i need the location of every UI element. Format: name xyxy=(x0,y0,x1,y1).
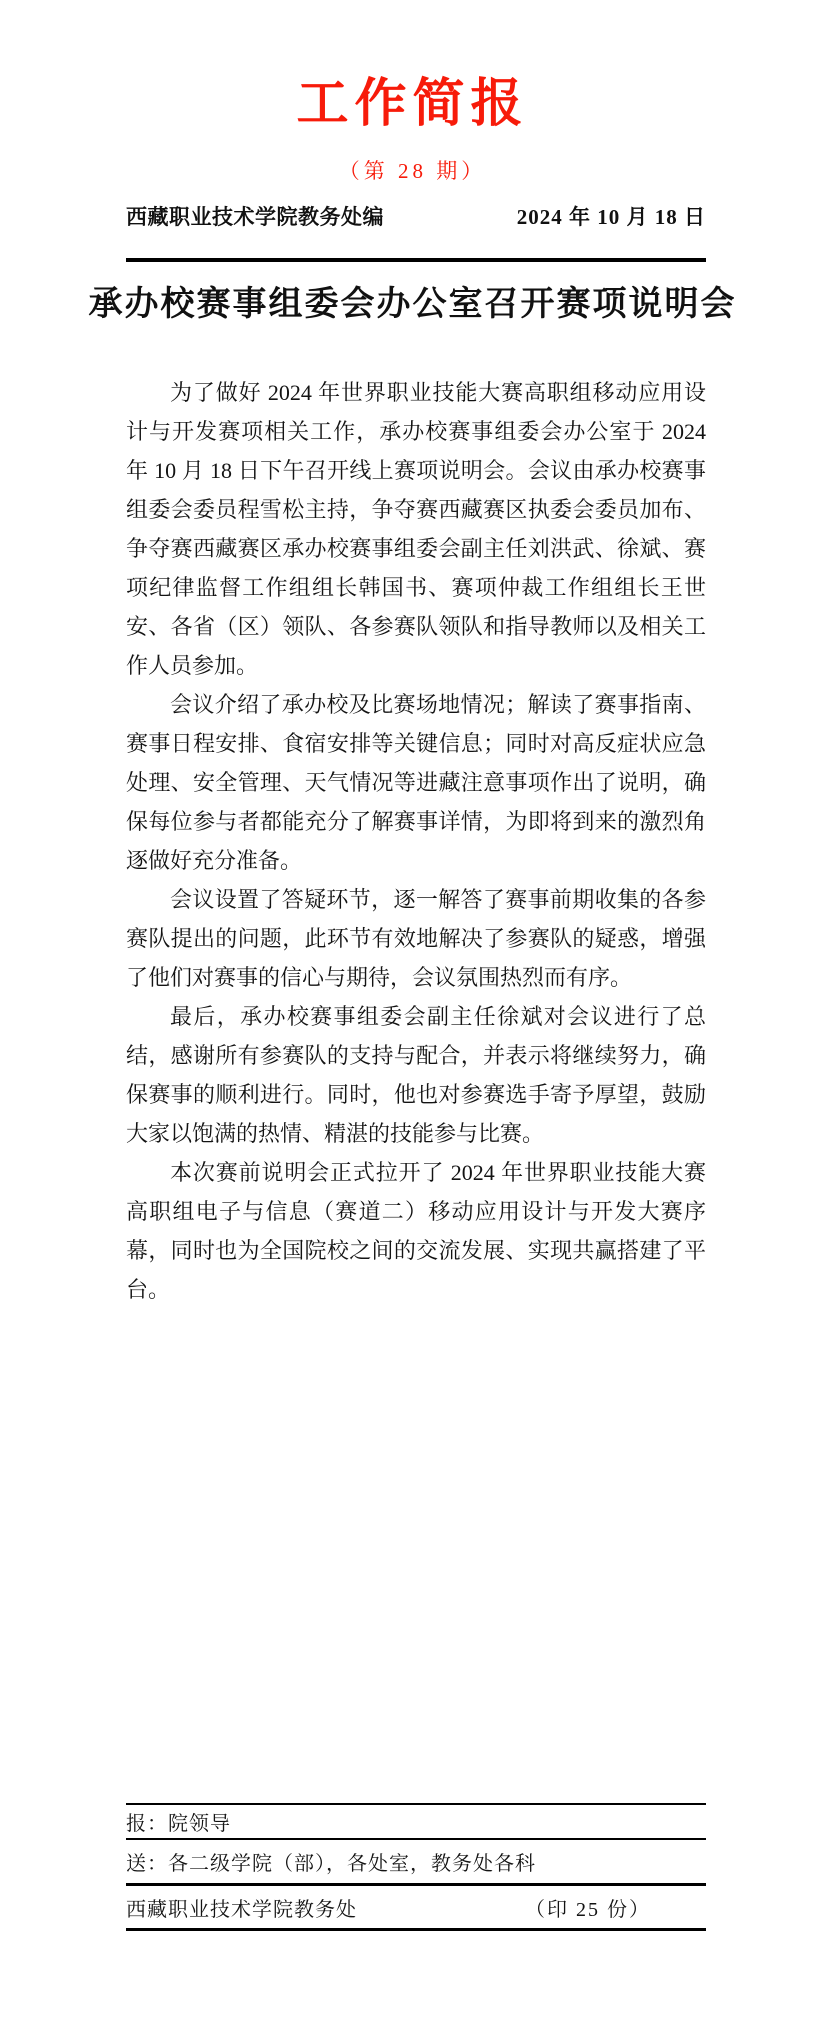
print-copies: （印 25 份） xyxy=(525,1893,651,1922)
publisher-row: 西藏职业技术学院教务处 （印 25 份） xyxy=(126,1886,706,1928)
body-paragraph: 最后，承办校赛事组委会副主任徐斌对会议进行了总结，感谢所有参赛队的支持与配合，并… xyxy=(126,997,706,1153)
issue-number: （第 28 期） xyxy=(0,157,825,185)
body-paragraph: 本次赛前说明会正式拉开了 2024 年世界职业技能大赛高职组电子与信息（赛道二）… xyxy=(126,1153,706,1309)
header-row: 西藏职业技术学院教务处编 2024 年 10 月 18 日 xyxy=(126,203,706,232)
body-paragraph: 会议介绍了承办校及比赛场地情况；解读了赛事指南、赛事日程安排、食宿安排等关键信息… xyxy=(126,685,706,880)
bulletin-masthead-title: 工作简报 xyxy=(0,74,825,134)
footer-divider-bottom xyxy=(126,1928,706,1931)
article-body: 为了做好 2024 年世界职业技能大赛高职组移动应用设计与开发赛项相关工作，承办… xyxy=(126,373,706,1309)
bulletin-page: 工作简报 （第 28 期） 西藏职业技术学院教务处编 2024 年 10 月 1… xyxy=(0,0,825,2017)
distribution-footer: 报：院领导 送：各二级学院（部），各处室，教务处各科 西藏职业技术学院教务处 （… xyxy=(126,1803,706,1931)
body-paragraph: 会议设置了答疑环节，逐一解答了赛事前期收集的各参赛队提出的问题，此环节有效地解决… xyxy=(126,880,706,997)
body-paragraph: 为了做好 2024 年世界职业技能大赛高职组移动应用设计与开发赛项相关工作，承办… xyxy=(126,373,706,685)
report-line: 报：院领导 xyxy=(126,1805,706,1838)
send-line: 送：各二级学院（部），各处室，教务处各科 xyxy=(126,1840,706,1883)
header-divider xyxy=(126,258,706,262)
publish-date: 2024 年 10 月 18 日 xyxy=(517,203,706,231)
article-title: 承办校赛事组委会办公室召开赛项说明会 xyxy=(0,284,825,326)
editor-line: 西藏职业技术学院教务处编 xyxy=(126,204,384,232)
publisher-name: 西藏职业技术学院教务处 xyxy=(126,1893,357,1922)
